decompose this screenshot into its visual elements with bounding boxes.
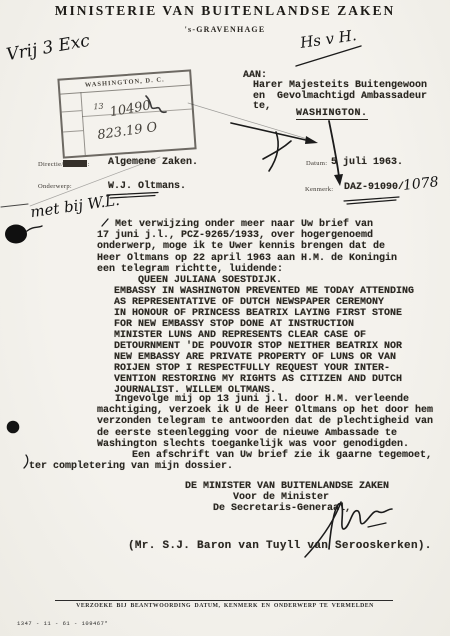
signatory-name: (Mr. S.J. Baron van Tuyll van Serooskerk…: [128, 541, 432, 552]
margin-dot: [7, 421, 20, 434]
handwritten-arrow-down: [329, 121, 339, 177]
stamp-handwritten-number: 10490: [109, 98, 152, 120]
registry-stamp: WASHINGTON, D. C. 13 10490 823.19 O: [57, 69, 196, 158]
closing-line-2: Voor de Minister: [233, 492, 329, 503]
ink-blob-tail: [27, 226, 42, 231]
ministry-city: 's-GRAVENHAGE: [0, 25, 450, 34]
body-paragraph-3-line-1: Een afschrift van Uw brief zie ik gaarne…: [132, 450, 432, 461]
arrow-right-head: [305, 136, 318, 144]
recipient-city: WASHINGTON.: [296, 108, 368, 120]
stamp-handwritten-code: 823.19 O: [96, 120, 158, 143]
handwritten-x-mark-stroke-1: [269, 132, 278, 171]
kenmerk-underline-2: [347, 200, 396, 204]
datum-value: 5 juli 1963.: [331, 157, 403, 168]
ink-blob: [5, 225, 27, 244]
directie-label-text: Directie/: [38, 161, 63, 168]
ministry-title: MINISTERIE VAN BUITENLANDSE ZAKEN: [0, 3, 450, 19]
telegram-text: QUEEN JULIANA SOESTDIJK. EMBASSY IN WASH…: [114, 275, 414, 397]
body-paragraph-2: Ingevolge mij op 13 juni j.l. door H.M. …: [97, 394, 433, 450]
closing-line-3: De Secretaris-Generaal,: [213, 503, 351, 514]
handwritten-arrow-right: [231, 123, 310, 141]
directie-colon: :: [87, 161, 89, 168]
datum-label: Datum:: [306, 160, 327, 167]
directie-redacted-word: XXXXX: [63, 160, 87, 167]
body-paragraph-3-line-2: ter completering van mijn dossier.: [29, 461, 233, 472]
directie-label: Directie/XXXXX:: [38, 160, 90, 168]
scanned-letter-page: MINISTERIE VAN BUITENLANDSE ZAKEN 's-GRA…: [0, 0, 450, 636]
stamp-header-text: WASHINGTON, D. C.: [60, 72, 191, 95]
onderwerp-value: W.J. Oltmans.: [108, 181, 186, 192]
footer-print-code: 1347 - 11 - 61 - 109467*: [17, 620, 108, 627]
signature-underline-flick: [368, 523, 386, 527]
kenmerk-label: Kenmerk:: [305, 186, 333, 193]
kenmerk-underline-1: [344, 197, 399, 201]
footer-rule: [55, 600, 393, 601]
stamp-left-column: [60, 92, 85, 156]
stamp-handwritten-digits: 13: [93, 102, 104, 112]
kenmerk-value: DAZ-91090/: [344, 182, 404, 193]
directie-value: Algemene Zaken.: [108, 157, 198, 168]
handwritten-x-mark-stroke-2: [263, 141, 291, 159]
closing-line-1: DE MINISTER VAN BUITENLANDSE ZAKEN: [185, 481, 389, 492]
footer-notice: VERZOEKE BIJ BEANTWOORDING DATUM, KENMER…: [0, 603, 450, 609]
handwritten-margin-note: met bij W.L.: [29, 191, 121, 221]
kenmerk-handwritten-suffix: 1078: [402, 174, 439, 194]
margin-dash: [1, 204, 28, 207]
onderwerp-label: Onderwerp:: [38, 183, 72, 190]
handwritten-note-top-left: Vrij 3 Exc: [5, 31, 91, 65]
arrow-down-head: [334, 174, 343, 186]
body-paragraph-1: Met verwijzing onder meer naar Uw brief …: [97, 219, 397, 275]
handwritten-comma-mark: [24, 455, 28, 468]
